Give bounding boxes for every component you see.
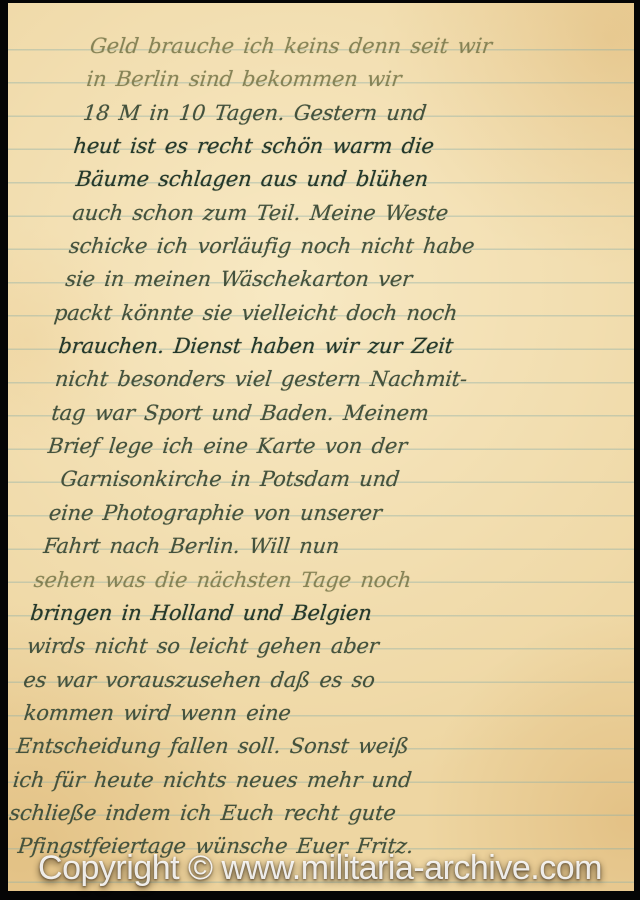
handwriting-line: Geld brauche ich keins denn seit wir [88, 30, 640, 63]
watermark: Copyright © www.militaria-archive.com [0, 844, 640, 892]
handwriting-line: brauchen. Dienst haben wir zur Zeit [57, 330, 637, 363]
letter-page: Geld brauche ich keins denn seit wir in … [8, 3, 634, 891]
handwriting-line: Entscheidung fallen soll. Sonst weiß [15, 730, 595, 763]
handwriting-line: eine Photographie von unserer [47, 497, 619, 530]
handwriting-line: 18 M in 10 Tagen. Gestern und [81, 97, 640, 130]
handwriting-line: es war vorauszusehen daß es so [22, 664, 602, 697]
handwriting-line: Fahrt nach Berlin. Will nun [42, 530, 616, 563]
handwriting-line: in Berlin sind bekommen wir [85, 63, 640, 96]
handwriting-line: tag war Sport und Baden. Meinem [50, 397, 630, 430]
handwriting-line: nicht besonders viel gestern Nachmit- [53, 363, 633, 396]
handwriting-line: kommen wird wenn eine [22, 697, 598, 730]
handwriting-line: wirds nicht so leicht gehen aber [25, 630, 605, 663]
scanned-letter-photo: { "document": { "kind": "handwritten let… [0, 0, 640, 900]
handwriting-line: auch schon zum Teil. Meine Weste [71, 197, 640, 230]
handwriting-line: sie in meinen Wäschekarton ver [64, 263, 640, 296]
handwriting-line: packt könnte sie vielleicht doch noch [52, 297, 640, 330]
handwriting-line: Garnisonkirche in Potsdam und [59, 463, 623, 496]
handwriting-line: Brief lege ich eine Karte von der [46, 430, 626, 463]
handwriting-block: Geld brauche ich keins denn seit wir in … [4, 30, 640, 864]
handwriting-line: heut ist es recht schön warm die [72, 130, 640, 163]
handwriting-line: Bäume schlagen aus und blühen [74, 163, 640, 196]
handwriting-line: bringen in Holland und Belgien [29, 597, 609, 630]
handwriting-line: schicke ich vorläufig noch nicht habe [67, 230, 640, 263]
handwriting-line: schließe indem ich Euch recht gute [8, 797, 588, 830]
handwriting-line: ich für heute nichts neues mehr und [11, 764, 591, 797]
handwriting-line: sehen was die nächsten Tage noch [32, 564, 612, 597]
